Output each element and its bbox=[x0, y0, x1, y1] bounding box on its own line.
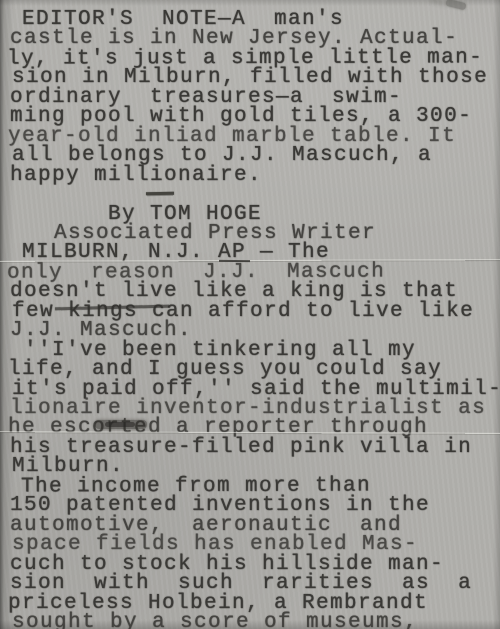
text-line: 150 patented inventions in the bbox=[10, 496, 430, 515]
text-line: sion in Milburn, filled with those bbox=[12, 68, 488, 87]
text-line: all belongs to J.J. Mascuch, a bbox=[12, 146, 432, 165]
text-line: J.J. Mascuch. bbox=[10, 321, 192, 340]
text-line: sought by a score of museums, bbox=[12, 613, 418, 629]
text-line: he escorted a reporter through bbox=[8, 418, 428, 437]
ink-smudge bbox=[445, 0, 466, 10]
text-line: space fields has enabled Mas- bbox=[12, 535, 418, 554]
text-line: happy millionaire. bbox=[10, 166, 262, 185]
text-line: Milburn. bbox=[12, 457, 124, 476]
document-page: EDITOR'S NOTE—A man'scastle is in New Je… bbox=[0, 0, 500, 629]
